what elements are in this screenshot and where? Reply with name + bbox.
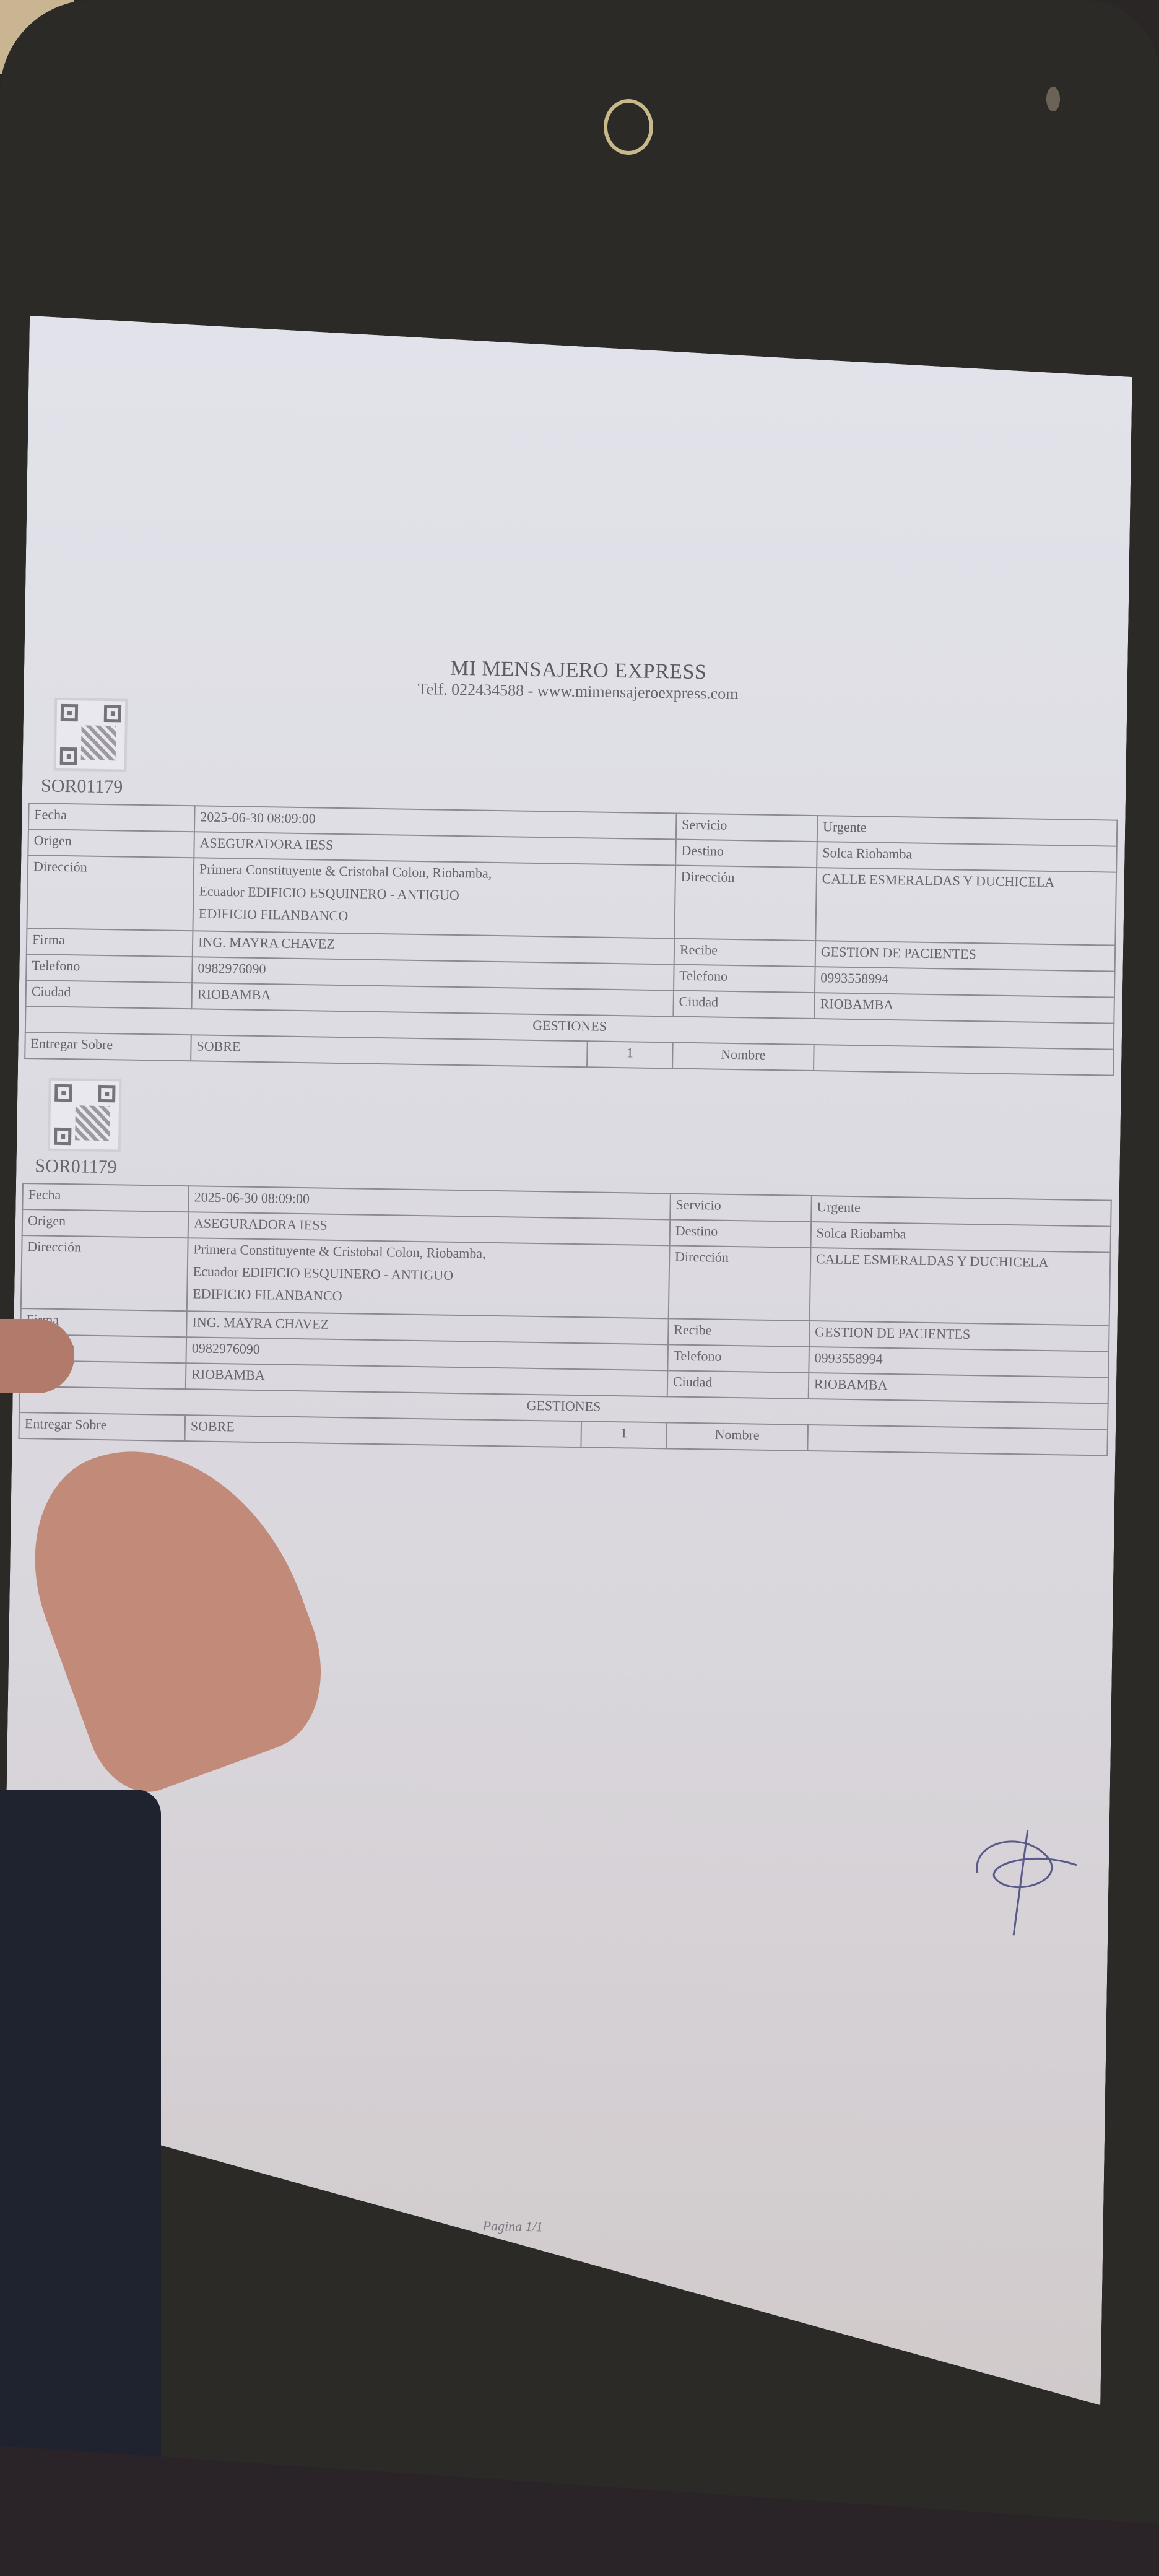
label-origen: Origen — [28, 829, 194, 858]
label-destino: Destino — [669, 1219, 811, 1248]
label-direccion: Dirección — [21, 1235, 188, 1311]
label-telefono: Telefono — [26, 954, 193, 983]
qr-code — [48, 1078, 122, 1152]
page-number: Pagina 1/1 — [482, 2218, 543, 2235]
label-direccion-destino: Dirección — [674, 865, 817, 941]
qr-code — [53, 698, 128, 772]
label-direccion: Dirección — [27, 855, 194, 931]
label-fecha: Fecha — [22, 1183, 189, 1212]
label-firma: Firma — [27, 928, 193, 957]
label-telefono-destino: Telefono — [674, 964, 815, 993]
label-nombre: Nombre — [672, 1042, 814, 1071]
value-entregar: SOBRE — [191, 1035, 587, 1067]
proximity-sensor — [1046, 87, 1060, 111]
value-cantidad: 1 — [581, 1421, 667, 1448]
front-camera-icon — [604, 99, 653, 155]
label-ciudad-destino: Ciudad — [673, 990, 815, 1019]
value-cantidad: 1 — [587, 1041, 673, 1068]
guide-block: SOR01179 Fecha 2025-06-30 08:09:00 Servi… — [24, 697, 1126, 1076]
value-entregar: SOBRE — [184, 1415, 581, 1447]
label-nombre: Nombre — [666, 1422, 808, 1451]
value-direccion-destino: CALLE ESMERALDAS Y DUCHICELA — [815, 868, 1116, 946]
value-direccion: Primera Constituyente & Cristobal Colon,… — [187, 1238, 670, 1318]
value-direccion-destino: CALLE ESMERALDAS Y DUCHICELA — [810, 1248, 1111, 1326]
value-direccion: Primera Constituyente & Cristobal Colon,… — [193, 858, 675, 938]
label-fecha: Fecha — [28, 803, 195, 832]
label-ciudad: Ciudad — [25, 980, 192, 1009]
label-servicio: Servicio — [676, 814, 818, 842]
label-recibe: Recibe — [668, 1318, 810, 1347]
label-destino: Destino — [675, 839, 817, 868]
label-direccion-destino: Dirección — [669, 1245, 811, 1321]
label-origen: Origen — [22, 1209, 189, 1238]
handwritten-signature — [952, 1804, 1090, 1943]
value-nombre — [807, 1425, 1108, 1456]
label-servicio: Servicio — [670, 1193, 812, 1222]
label-ciudad-destino: Ciudad — [667, 1370, 809, 1399]
label-entregar-sobre: Entregar Sobre — [19, 1412, 186, 1441]
label-telefono-destino: Telefono — [667, 1344, 809, 1373]
guide-table: Fecha 2025-06-30 08:09:00 Servicio Urgen… — [24, 803, 1118, 1076]
delivery-guide-document: MI MENSAJERO EXPRESS Telf. 022434588 - w… — [18, 650, 1126, 1475]
value-nombre — [814, 1045, 1114, 1076]
hand-finger — [0, 1319, 74, 1393]
label-entregar-sobre: Entregar Sobre — [25, 1032, 191, 1061]
label-recibe: Recibe — [674, 938, 816, 967]
guide-block: SOR01179 Fecha 2025-06-30 08:09:00 Servi… — [19, 1077, 1120, 1456]
guide-table: Fecha 2025-06-30 08:09:00 Servicio Urgen… — [19, 1183, 1112, 1456]
